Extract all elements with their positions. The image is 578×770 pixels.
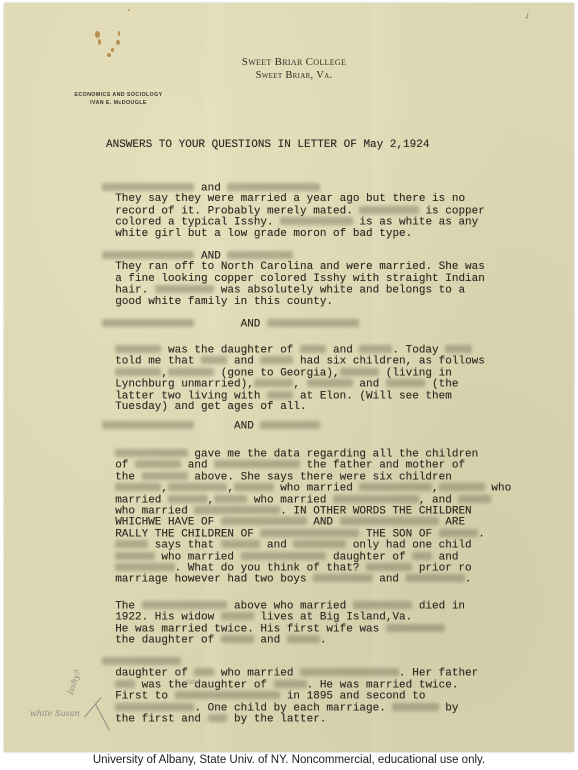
typed-line: Lynchburg unmarried),, and (the <box>102 379 485 390</box>
redacted-name <box>353 601 412 609</box>
redacted-name <box>168 495 208 503</box>
margin-note-vertical: Isshy? <box>66 669 82 696</box>
redacted-name <box>115 540 148 548</box>
typed-line: Tuesday) and get ages of all. <box>102 402 485 413</box>
redacted-name <box>260 421 319 429</box>
typed-line: . What do you think of that? prior ro <box>102 563 511 574</box>
institution-location: Sweet Briar, Va. <box>204 69 384 82</box>
redacted-name <box>439 483 485 491</box>
typed-line: AND <box>102 319 359 330</box>
redacted-name <box>175 691 281 699</box>
redacted-name <box>115 703 194 711</box>
typed-line: a fine looking copper colored Isshy with… <box>102 274 485 285</box>
redacted-name <box>359 345 392 353</box>
redacted-name <box>194 668 214 676</box>
margin-note: white Susan <box>30 709 80 718</box>
ink-stain <box>111 48 114 52</box>
typed-line: , (gone to Georgia), (living in <box>102 368 485 379</box>
redacted-name <box>260 529 359 537</box>
typed-line: was the daughter of and . Today <box>102 345 485 356</box>
typed-line: the daughter of and . <box>102 635 465 646</box>
paragraph: AND <box>102 421 320 432</box>
redacted-name <box>155 285 214 293</box>
redacted-name <box>386 624 445 632</box>
redacted-name <box>115 449 188 457</box>
ink-stain <box>107 53 111 57</box>
typed-line: WHICHWE HAVE OF AND ARE <box>102 517 511 528</box>
interlinear-correction: sister <box>184 679 201 686</box>
typed-line: He was married twice. His first wife was <box>102 624 465 635</box>
redacted-name <box>221 635 254 643</box>
redacted-name <box>102 421 194 429</box>
redacted-name <box>267 319 359 327</box>
redacted-name <box>458 495 491 503</box>
redacted-name <box>142 601 228 609</box>
redacted-name <box>102 183 194 191</box>
redacted-name <box>267 391 293 399</box>
typed-line: RALLY THE CHILDREN OF THE SON OF . <box>102 529 511 540</box>
checkmark-icon: ✓ <box>522 10 533 23</box>
redacted-name <box>227 183 319 191</box>
redacted-name <box>340 517 439 525</box>
typed-line: ,, who married , who <box>102 483 511 494</box>
typed-line: the above. She says there were six child… <box>102 472 511 483</box>
margin-pencil-stroke <box>84 697 101 718</box>
redacted-name <box>115 552 155 560</box>
redacted-name <box>359 483 432 491</box>
typed-line: who married . IN OTHER WORDS THE CHILDRE… <box>102 506 511 517</box>
typed-line: The above who married died in <box>102 601 465 612</box>
redacted-name <box>115 483 161 491</box>
redacted-name <box>214 460 300 468</box>
redacted-name <box>445 345 471 353</box>
typed-line: the first and by the latter. <box>102 714 478 725</box>
ink-stain <box>95 31 100 38</box>
ink-stain <box>98 39 101 45</box>
typed-line: hair. was absolutely white and belongs t… <box>102 285 485 296</box>
paragraph: AND <box>102 319 359 330</box>
redacted-name <box>439 529 479 537</box>
ink-stain <box>116 40 120 45</box>
letterhead: Sweet Briar College Sweet Briar, Va. <box>204 56 384 82</box>
redacted-name <box>392 703 438 711</box>
typed-line: gave me the data regarding all the child… <box>102 449 511 460</box>
redacted-name <box>135 460 181 468</box>
redacted-name <box>142 472 188 480</box>
department-name: ECONOMICS AND SOCIOLOGY <box>56 91 181 99</box>
redacted-name <box>201 356 227 364</box>
redacted-name <box>102 657 181 665</box>
typed-line: AND <box>102 421 320 432</box>
paragraph: AND They ran off to North Carolina and w… <box>102 251 485 308</box>
redacted-name <box>168 483 227 491</box>
professor-name: IVAN E. McDOUGLE <box>56 99 181 107</box>
redacted-name <box>340 368 380 376</box>
redacted-name <box>241 552 327 560</box>
redacted-name <box>102 319 194 327</box>
institution-name: Sweet Briar College <box>204 56 384 69</box>
redacted-name <box>366 563 412 571</box>
redacted-name <box>115 345 161 353</box>
redacted-name <box>406 574 465 582</box>
typed-line: First to in 1895 and second to <box>102 691 478 702</box>
redacted-name <box>333 495 419 503</box>
redacted-name <box>221 517 307 525</box>
document-page: ✓ Sweet Briar College Sweet Briar, Va. E… <box>4 3 574 752</box>
redacted-name <box>300 345 326 353</box>
redacted-name <box>412 552 432 560</box>
redacted-name <box>287 635 320 643</box>
redacted-name <box>102 251 194 259</box>
typed-line: white girl but a low grade moron of bad … <box>102 229 485 240</box>
redacted-name <box>254 379 294 387</box>
typed-line: says that and only had one child <box>102 540 511 551</box>
ink-stain <box>118 31 120 36</box>
typed-line: was the daughter of . He was married twi… <box>102 680 478 691</box>
department-letterhead: ECONOMICS AND SOCIOLOGY IVAN E. McDOUGLE <box>56 91 181 107</box>
redacted-name <box>221 540 261 548</box>
redacted-name <box>300 668 399 676</box>
redacted-name <box>221 612 254 620</box>
redacted-name <box>115 680 135 688</box>
redacted-name <box>359 206 418 214</box>
redacted-name <box>168 368 214 376</box>
redacted-name <box>260 356 293 364</box>
redacted-name <box>208 714 228 722</box>
redacted-name <box>280 217 353 225</box>
redacted-name <box>234 483 274 491</box>
typed-line: marriage however had two boys and . <box>102 574 511 585</box>
typed-line <box>102 657 478 668</box>
redacted-name <box>194 506 280 514</box>
typed-line: record of it. Probably merely mated. is … <box>102 206 485 217</box>
letter-heading: ANSWERS TO YOUR QUESTIONS IN LETTER OF M… <box>106 140 429 151</box>
redacted-name <box>227 251 293 259</box>
redacted-name <box>274 680 307 688</box>
redacted-name <box>386 379 426 387</box>
paragraph: and They say they were married a year ag… <box>102 183 485 240</box>
typed-line: good white family in this county. <box>102 297 485 308</box>
paragraph: daughter of who married . Her father was… <box>102 657 478 725</box>
paragraph: The above who married died in 1922. His … <box>102 601 465 647</box>
ink-stain <box>128 9 130 11</box>
redacted-name <box>293 540 346 548</box>
redacted-name <box>307 379 353 387</box>
paragraph: gave me the data regarding all the child… <box>102 449 511 586</box>
redacted-name <box>214 495 247 503</box>
redacted-name <box>313 574 372 582</box>
typed-line: colored a typical Isshy. is as white as … <box>102 217 485 228</box>
redacted-name <box>115 368 161 376</box>
redacted-name <box>115 563 174 571</box>
paragraph: was the daughter of and . Today told me … <box>102 345 485 413</box>
image-credit-caption: University of Albany, State Univ. of NY.… <box>0 754 578 766</box>
